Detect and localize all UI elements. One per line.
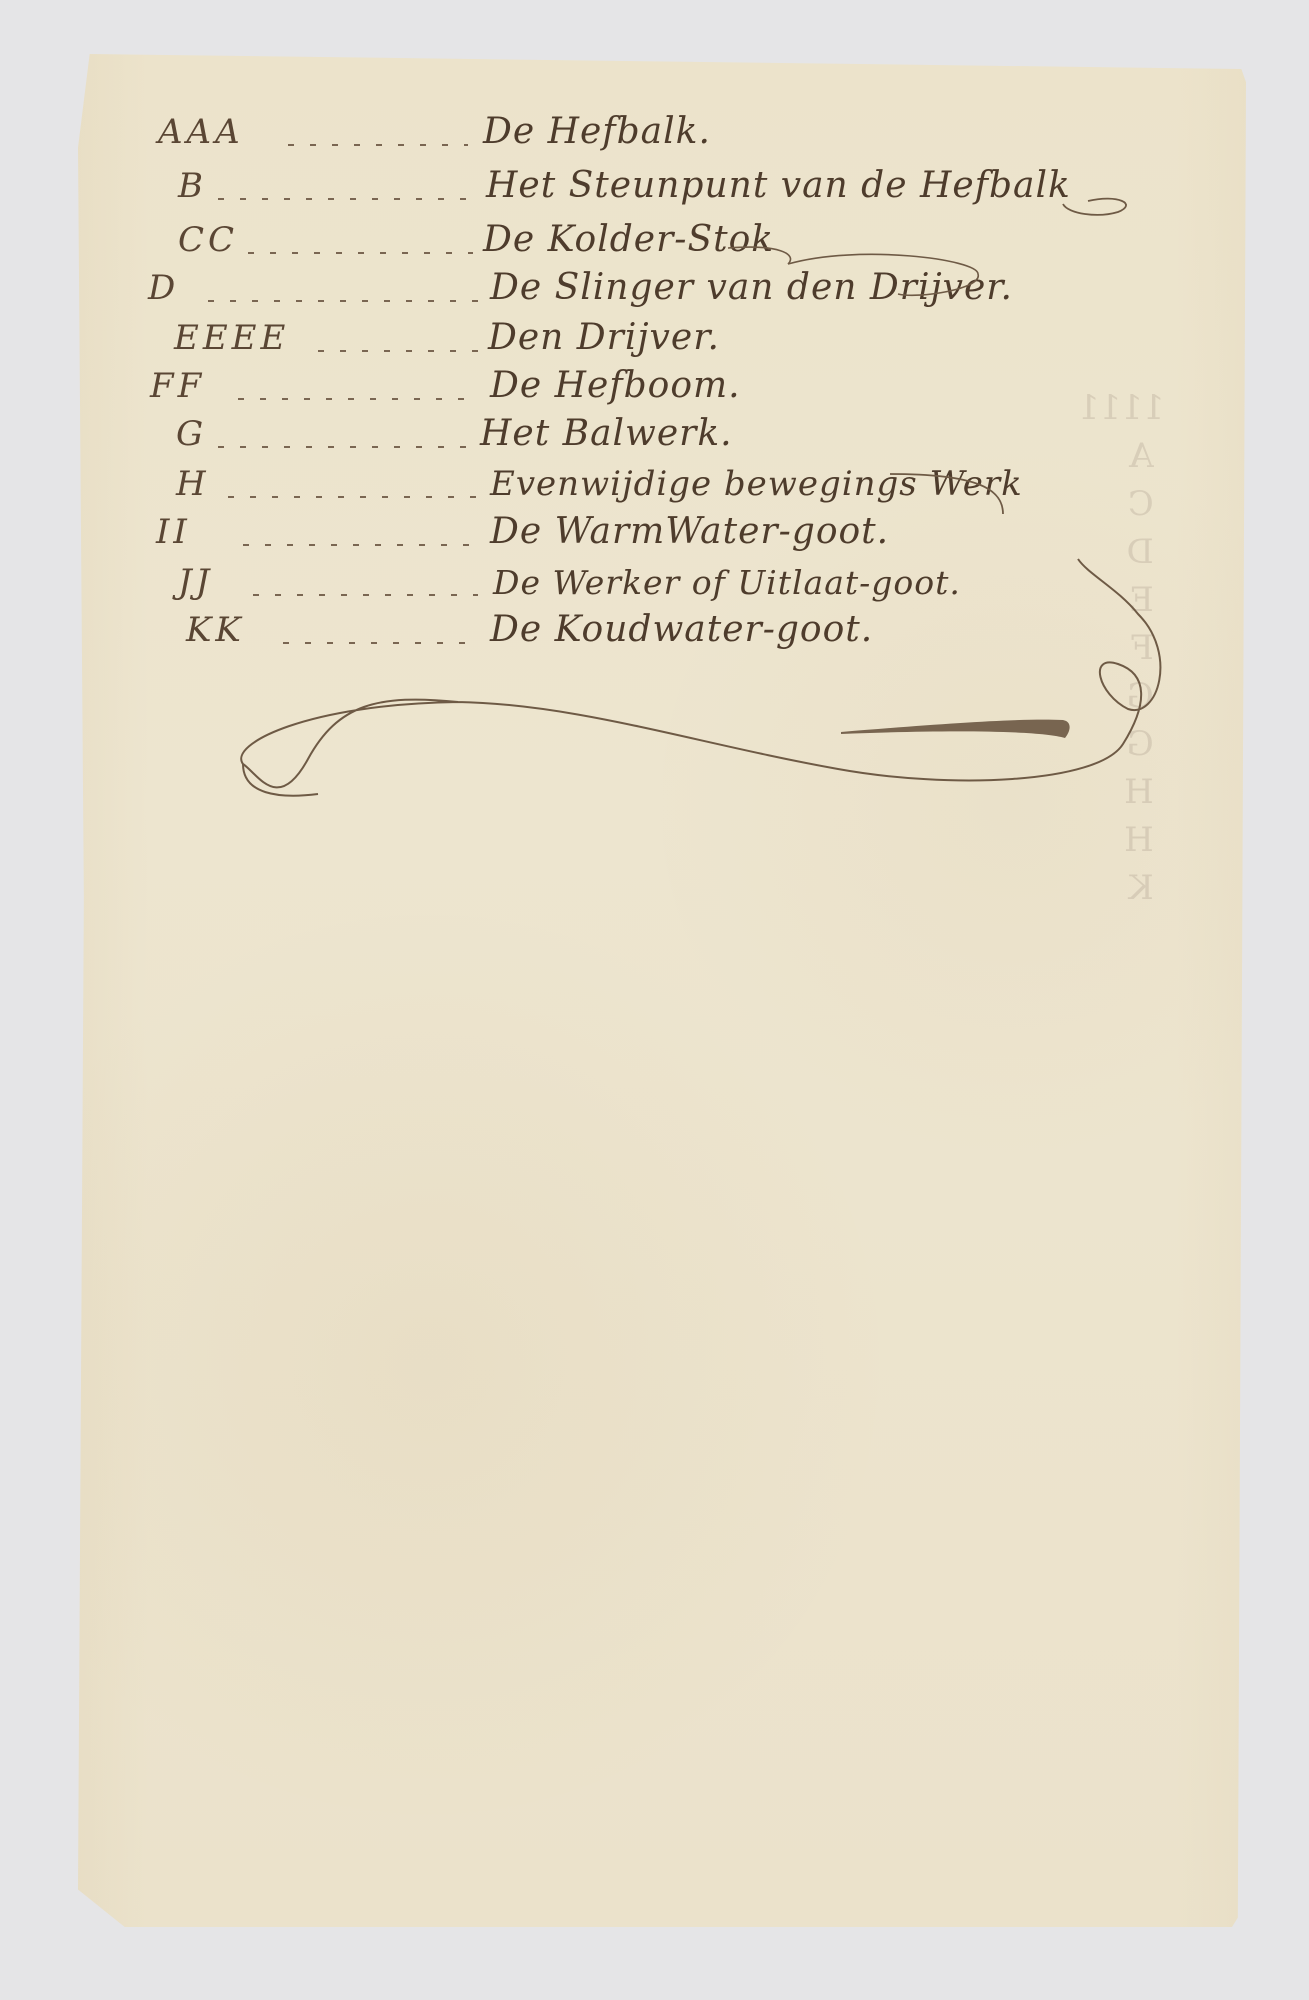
calligraphic-flourish-icon [78, 54, 1246, 1927]
manuscript-page: 1111 A C D E F G G H H K AAA De Hefbalk.… [78, 54, 1246, 1927]
